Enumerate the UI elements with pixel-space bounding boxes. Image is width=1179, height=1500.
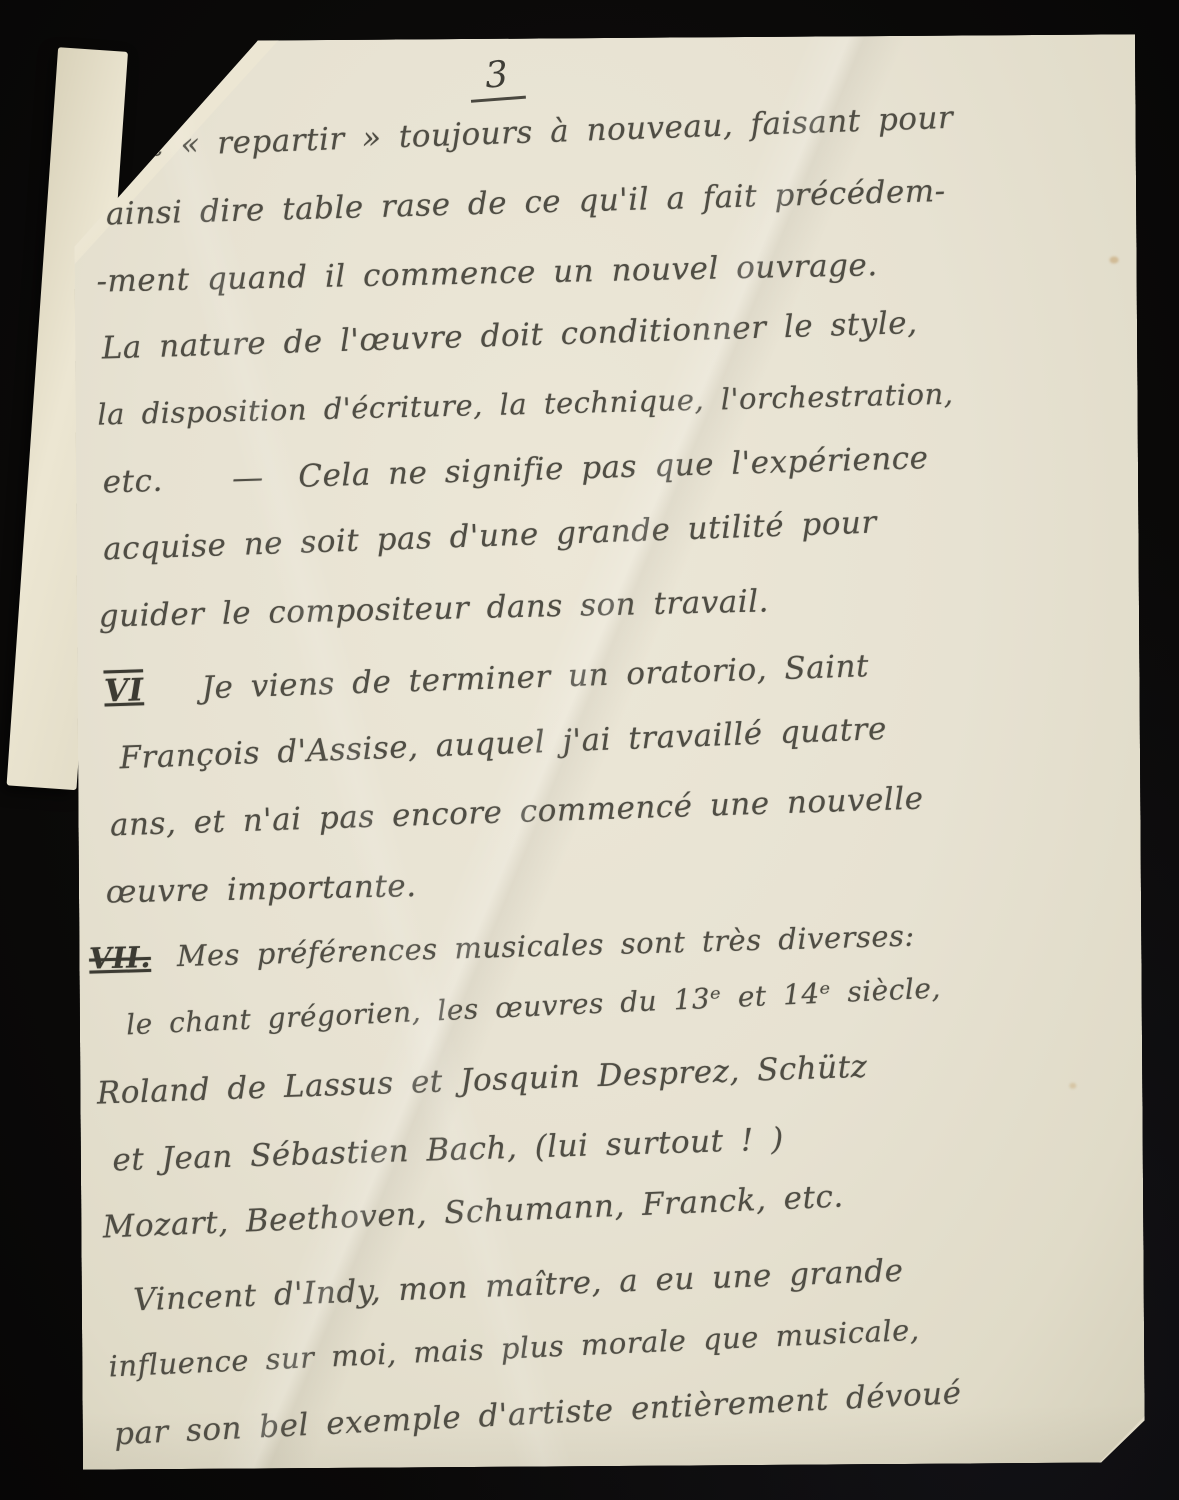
line-text: œuvre importante.: [105, 868, 417, 911]
line-text: doit « repartir » toujours à nouveau, fa…: [100, 100, 954, 166]
page-number: 3: [468, 53, 526, 103]
photo-background: 3 doit « repartir » toujours à nouveau, …: [0, 0, 1179, 1500]
handwritten-text-block: doit « repartir » toujours à nouveau, fa…: [74, 122, 1145, 1483]
manuscript-page: 3 doit « repartir » toujours à nouveau, …: [73, 34, 1145, 1469]
section-marker-vii: VII.: [89, 940, 152, 976]
section-marker-vi: VI: [104, 672, 145, 709]
page-number-value: 3: [484, 54, 510, 97]
